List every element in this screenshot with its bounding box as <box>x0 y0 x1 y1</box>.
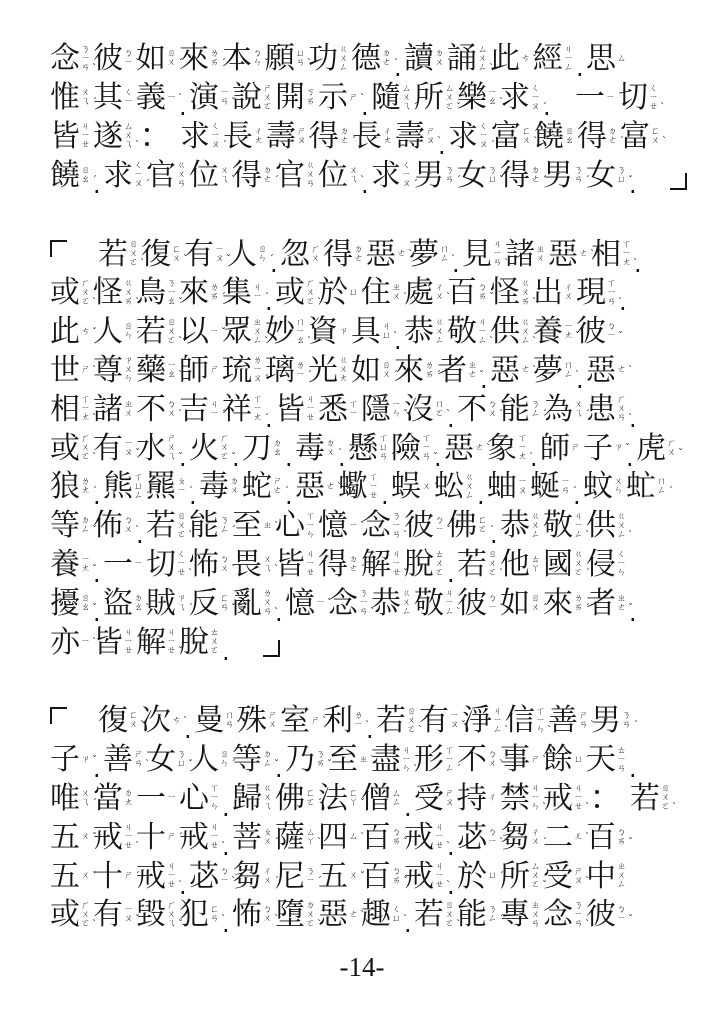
tone-mark: ˋ <box>585 920 590 930</box>
char-unit: 子ㄗˇ <box>50 745 93 775</box>
hanzi: 誦 <box>447 44 477 74</box>
zhuyin: ㄉㄨㄛˋ <box>306 902 317 929</box>
zhuyin-letter: ㄨ <box>172 255 181 264</box>
hanzi: 皆 <box>275 550 305 580</box>
hanzi: 虎 <box>636 434 666 464</box>
zhuyin-letter: ㄣ <box>536 726 545 735</box>
char-unit: 隱ㄧㄣˇ <box>361 395 404 425</box>
zhuyin: ㄐㄧㄝ <box>306 551 317 578</box>
tone-mark: ˊ <box>178 833 183 843</box>
zhuyin: ㄒㄧㄣ <box>210 785 221 812</box>
tone-mark: ˋ <box>231 176 236 186</box>
zhuyin-letter: ㄣ <box>614 487 623 496</box>
zhuyin: ㄋㄧㄢˋ <box>359 590 370 617</box>
zhuyin-letter: ㄤ <box>564 332 573 341</box>
hanzi: 女 <box>146 745 176 775</box>
char-unit: 戒ㄐㄧㄝˋ <box>543 784 586 814</box>
zhuyin: ㄙㄚˋ <box>306 829 317 847</box>
hanzi: 富 <box>620 122 650 152</box>
hanzi: 有 <box>93 900 123 930</box>
hanzi: 佛 <box>275 784 305 814</box>
hanzi: 演 <box>189 83 219 113</box>
char-unit: 至ㄓˋ <box>232 511 275 541</box>
hanzi: 國 <box>543 550 573 580</box>
hanzi: 不 <box>457 745 487 775</box>
text-line: 惟ㄨㄟˊ其ㄑㄧˊ義ㄧˋ.演ㄧㄢˇ說ㄕㄨㄛ開ㄎㄞ示ㄕˋ.隨ㄙㄨㄟˊ所ㄙㄨㄛˇ樂ㄧㄠ… <box>50 79 690 118</box>
tone-mark: ˋ <box>489 64 494 74</box>
tone-mark: ˋ <box>446 881 451 891</box>
char-unit: 此ㄘˇ <box>50 317 93 347</box>
char-unit: 擾ㄖㄠˇ <box>50 589 93 619</box>
zhuyin-letter: ㄠ <box>81 604 90 613</box>
zhuyin: ㄅㄧˇ <box>617 906 628 924</box>
zhuyin: ㄩㄢˋ <box>296 50 307 68</box>
tone-mark: ˊ <box>365 255 370 265</box>
char-unit: 見ㄐㄧㄢˋ <box>462 240 505 270</box>
char-unit: 事ㄕˋ <box>500 745 543 775</box>
zhuyin-letter: ㄠ <box>81 176 90 185</box>
char-unit: 國ㄍㄨㄛˊ <box>543 550 586 580</box>
tone-mark: ˊ <box>360 565 365 575</box>
hanzi: 吉 <box>179 395 209 425</box>
zhuyin-letter: ㄤ <box>124 799 133 808</box>
zhuyin: ㄈㄨˋ <box>651 128 662 146</box>
char-unit: 持ㄔˊ <box>457 784 500 814</box>
zhuyin: ㄍㄨㄟ <box>263 785 274 812</box>
zhuyin: ㄏㄨㄢˋ <box>617 396 628 423</box>
tone-mark: ˊ <box>394 137 399 147</box>
char-unit: 彼ㄅㄧˇ <box>586 900 629 930</box>
char-unit: 等ㄉㄥˇ <box>50 511 93 541</box>
tone-mark: ˇ <box>178 920 183 930</box>
zhuyin-letter: ㄧ <box>253 293 262 302</box>
zhuyin: ㄍㄨㄤ <box>339 357 350 384</box>
tone-mark: ˋ <box>533 137 538 147</box>
tone-mark: ˋ <box>236 721 241 731</box>
tone-mark: ˋ <box>317 838 322 848</box>
zhuyin: ㄓㄨㄥ <box>617 863 628 890</box>
hanzi: 現 <box>576 278 606 308</box>
zhuyin: ㄌㄤˊ <box>81 478 92 496</box>
zhuyin-letter: ㄛ <box>220 453 229 462</box>
zhuyin: ㄒㄧㄤˋ <box>622 241 633 268</box>
zhuyin: ㄒㄧㄢˇ <box>422 435 433 462</box>
char-unit: 遂ㄙㄨㄟˋ <box>93 122 136 152</box>
zhuyin-letter: ㄥ <box>531 531 540 540</box>
hanzi: 墮 <box>275 900 305 930</box>
tone-mark: ˇ <box>678 449 683 459</box>
tone-mark: ˇ <box>231 453 236 463</box>
tone-mark: ˊ <box>499 915 504 925</box>
zhuyin: ㄐㄧˊ <box>210 401 221 419</box>
tone-mark: ˊ <box>436 371 441 381</box>
hanzi: 讀 <box>404 44 434 74</box>
tone-mark: ˊ <box>145 492 150 502</box>
hanzi: 脫 <box>404 550 434 580</box>
hanzi: 壽 <box>395 122 425 152</box>
char-unit: 思ㄙ <box>586 44 629 74</box>
zhuyin-letter: ㄙ <box>617 55 626 64</box>
text-line: 五ㄨˇ戒ㄐㄧㄝˋ十ㄕˊ戒ㄐㄧㄝˋ.菩ㄆㄨˊ薩ㄙㄚˋ四ㄙˋ百ㄅㄞˇ戒ㄐㄧㄝˋ.苾ㄅ… <box>50 818 690 857</box>
zhuyin: ㄧㄤˇ <box>81 556 92 574</box>
tone-mark: ˇ <box>618 332 623 342</box>
zhuyin-letter: ㄧ <box>167 94 176 103</box>
hanzi: 女 <box>457 161 487 191</box>
char-unit: 惡ㄜˋ <box>586 356 629 386</box>
char-unit: 百ㄅㄞˇ <box>361 862 404 892</box>
zhuyin: ㄒㄧ <box>349 401 360 419</box>
hanzi: 恭 <box>371 589 401 619</box>
zhuyin-letter: ㄕ <box>571 444 580 453</box>
period: . <box>404 801 414 815</box>
tone-mark: ˊ <box>264 293 269 303</box>
char-unit: 中ㄓㄨㄥ <box>586 862 629 892</box>
tone-mark: ˋ <box>532 337 537 347</box>
zhuyin-letter: ㄢ <box>210 915 219 924</box>
zhuyin: ㄐㄧㄢˋ <box>493 241 504 268</box>
tone-mark: ˇ <box>433 453 438 463</box>
zhuyin-letter: ㄛ <box>488 569 497 578</box>
char-unit: 苾ㄅㄧˋ <box>457 823 500 853</box>
char-unit: 怖ㄅㄨˋ <box>189 550 232 580</box>
char-unit: 天ㄊㄧㄢ <box>586 745 629 775</box>
char-unit: 心ㄒㄧㄣ <box>179 784 222 814</box>
char-unit: 犯ㄈㄢˋ <box>179 900 222 930</box>
zhuyin-letter: ㄥ <box>564 64 573 73</box>
hanzi: 盜 <box>103 589 133 619</box>
tone-mark: ˊ <box>337 449 342 459</box>
hanzi: 戒 <box>93 823 123 853</box>
zhuyin-letter: ㄣ <box>220 760 229 769</box>
hanzi: 沒 <box>404 395 434 425</box>
hanzi: 求 <box>103 161 133 191</box>
hanzi: 有 <box>184 240 214 270</box>
zhuyin: ㄉㄜˊ <box>340 128 351 146</box>
char-unit: 若ㄖㄨㄛˋ <box>136 317 179 347</box>
zhuyin: ㄉㄜˊ <box>608 128 619 146</box>
tone-mark: ˋ <box>547 726 552 736</box>
zhuyin-letter: ㄜ <box>475 444 484 453</box>
zhuyin-letter: ㄧ <box>349 410 358 419</box>
zhuyin-letter: ㄩ <box>349 289 358 298</box>
zhuyin: ㄖㄨㄛˋ <box>177 513 188 540</box>
char-unit: 人ㄖㄣˊ <box>227 240 270 270</box>
tone-mark: ˇ <box>575 332 580 342</box>
zhuyin-letter: ㄙ <box>349 833 358 842</box>
char-unit: 眾ㄓㄨㄥˋ <box>222 317 265 347</box>
char-unit: 利ㄌㄧˋ <box>323 706 366 736</box>
zhuyin: ㄕˊ <box>124 872 135 881</box>
char-unit: 虎ㄏㄨˇ <box>636 434 679 464</box>
zhuyin-letter: ㄡ <box>531 103 540 112</box>
char-unit: 示ㄕˋ <box>318 83 361 113</box>
zhuyin: ㄩˊ <box>574 756 585 765</box>
char-unit: 諸ㄓㄨ <box>93 395 136 425</box>
zhuyin: ㄐㄧㄣˋ <box>531 785 542 812</box>
page-number: -14- <box>0 952 724 983</box>
zhuyin: ㄧˋ <box>167 94 178 103</box>
char-unit: 敬ㄐㄧㄥˋ <box>414 589 457 619</box>
zhuyin-letter: ㄡ <box>211 141 220 150</box>
zhuyin-letter: ㄧ <box>210 410 219 419</box>
char-unit: 患ㄏㄨㄢˋ <box>586 395 629 425</box>
zhuyin-letter: ㄩ <box>382 332 391 341</box>
zhuyin: ㄘˇ <box>521 55 532 64</box>
zhuyin: ㄘˇ <box>81 328 92 337</box>
zhuyin: ㄅㄧˋ <box>488 829 499 847</box>
zhuyin-letter: ㄨ <box>488 760 497 769</box>
char-unit: 諸ㄓㄨ <box>505 240 548 270</box>
char-unit: 男ㄋㄢˊ <box>414 161 457 191</box>
char-unit: 能ㄋㄥˊ <box>500 395 543 425</box>
hanzi: 如 <box>351 356 381 386</box>
char-unit: 養ㄧㄤˇ <box>533 317 576 347</box>
hanzi: 其 <box>93 83 123 113</box>
tone-mark: ˋ <box>504 259 509 269</box>
zhuyin-letter: ㄢ <box>392 531 401 540</box>
char-unit: 以ㄧˇ <box>179 317 222 347</box>
zhuyin-letter: ㄛ <box>306 298 315 307</box>
zhuyin: ㄌㄞˊ <box>210 284 221 302</box>
zhuyin-letter: ㄚ <box>349 799 358 808</box>
zhuyin: ㄅㄨˋ <box>220 556 231 574</box>
char-unit: 皆ㄐㄧㄝ <box>275 550 318 580</box>
zhuyin: ㄕˋ <box>311 717 322 726</box>
text-line: 相ㄒㄧㄤˋ諸ㄓㄨ不ㄅㄨˋ吉ㄐㄧˊ祥ㄒㄧㄤˊ.皆ㄐㄧㄝ悉ㄒㄧ隱ㄧㄣˇ沒ㄇㄛˋ.不ㄅ… <box>50 390 690 429</box>
char-unit: 等ㄉㄥˇ <box>232 745 275 775</box>
char-unit: 佛ㄈㄛˊ <box>447 511 490 541</box>
zhuyin-letter: ㄧ <box>349 522 358 531</box>
period: . <box>381 489 391 503</box>
char-unit: 復ㄈㄨˋ <box>98 706 141 736</box>
hanzi: 來 <box>543 589 573 619</box>
zhuyin: ㄋㄩˇ <box>177 751 188 769</box>
char-unit: 淨ㄐㄧㄥˋ <box>462 706 505 736</box>
hanzi: 子 <box>50 745 80 775</box>
zhuyin-letter: ㄟ <box>263 565 272 574</box>
zhuyin: ㄧˋ <box>81 638 92 647</box>
zhuyin: ㄕ <box>571 444 582 453</box>
hanzi: 受 <box>414 784 444 814</box>
zhuyin-letter: ㄜ <box>382 59 391 68</box>
char-unit: 戒ㄐㄧㄝˋ <box>404 823 447 853</box>
tone-mark: ˋ <box>403 293 408 303</box>
period: . <box>576 61 586 75</box>
zhuyin: ㄍㄨㄞˋ <box>521 280 532 307</box>
char-unit: 誦ㄙㄨㄥˋ <box>447 44 490 74</box>
char-unit: 險ㄒㄧㄢˇ <box>391 434 434 464</box>
zhuyin-letter: ㄢ <box>561 487 570 496</box>
hanzi: 中 <box>586 862 616 892</box>
hanzi: 曼 <box>194 706 224 736</box>
zhuyin: ㄈㄛˊ <box>478 517 489 535</box>
zhuyin-letter: ㄜ <box>608 137 617 146</box>
zhuyin-letter: ㄝ <box>167 647 176 656</box>
hanzi: 資 <box>308 317 338 347</box>
tone-mark: ˇ <box>92 604 97 614</box>
zhuyin: ㄔㄤˊ <box>383 128 394 146</box>
zhuyin-letter: ㄡ <box>297 137 306 146</box>
char-unit: 功ㄍㄨㄥ <box>308 44 351 74</box>
tone-mark: ˋ <box>532 366 537 376</box>
char-unit: 解ㄐㄧㄝˇ <box>361 550 404 580</box>
zhuyin-letter: ㄨ <box>422 483 431 492</box>
zhuyin: ㄇㄥˋ <box>564 362 575 380</box>
zhuyin: ㄏㄨㄟˇ <box>167 902 178 929</box>
zhuyin: ㄖㄨㄛˋ <box>407 708 418 735</box>
tone-mark: ˋ <box>264 337 269 347</box>
hanzi: 歸 <box>232 784 262 814</box>
hanzi: 敬 <box>414 589 444 619</box>
char-unit: 若ㄖㄨㄛˋ <box>457 550 500 580</box>
tone-mark: ˋ <box>327 599 332 609</box>
zhuyin-letter: ㄣ <box>258 255 267 264</box>
tone-mark: ˇ <box>274 760 279 770</box>
char-unit: 芻ㄔㄨˊ <box>232 862 275 892</box>
tone-mark: ˋ <box>585 531 590 541</box>
zhuyin-letter: ㄞ <box>392 838 401 847</box>
tone-mark: ˇ <box>231 604 236 614</box>
zhuyin-letter: ㄥ <box>445 608 454 617</box>
tone-mark: ˋ <box>183 717 188 727</box>
hanzi: 餘 <box>543 745 573 775</box>
open-quote-bracket <box>50 707 67 724</box>
hanzi: 藥 <box>136 356 166 386</box>
tone-mark: ˇ <box>628 176 633 186</box>
close-quote-bracket <box>263 640 280 657</box>
zhuyin: ㄑㄧㄡˊ <box>479 123 490 150</box>
zhuyin: ㄖㄣˊ <box>124 323 135 341</box>
tone-mark: ˊ <box>221 59 226 69</box>
hanzi: 樂 <box>457 83 487 113</box>
zhuyin-letter: ㄝ <box>435 842 444 851</box>
hanzi: 者 <box>437 356 467 386</box>
tone-mark: ˊ <box>92 799 97 809</box>
tone-mark: ˇ <box>446 526 451 536</box>
zhuyin: ㄒㄧㄣ <box>306 513 317 540</box>
zhuyin: ㄅㄞˇ <box>617 829 628 847</box>
period: . <box>222 801 232 815</box>
char-unit: 一ㄧ <box>575 83 618 113</box>
tone-mark: ˋ <box>628 531 633 541</box>
zhuyin: ㄕㄨㄛ <box>263 85 274 112</box>
tone-mark: ˊ <box>92 98 97 108</box>
char-unit: 師ㄕ <box>540 434 583 464</box>
zhuyin-letter: ㄠ <box>296 337 305 346</box>
hanzi: 佈 <box>93 511 123 541</box>
tone-mark: ˇ <box>135 915 140 925</box>
hanzi: 本 <box>222 44 252 74</box>
tone-mark: ˊ <box>390 453 395 463</box>
hanzi: 若 <box>457 550 487 580</box>
tone-mark: ˋ <box>274 608 279 618</box>
zhuyin: ㄉㄨˊ <box>326 440 337 458</box>
zhuyin-letter: ㄓ <box>263 522 272 531</box>
zhuyin-letter: ㄢ <box>177 180 186 189</box>
hanzi: 懸 <box>348 434 378 464</box>
zhuyin-letter: ㄘ <box>172 717 181 726</box>
char-unit: 二ㄦˋ <box>543 823 586 853</box>
zhuyin: ㄨㄟˊ <box>81 89 92 107</box>
char-unit: 百ㄅㄞˇ <box>447 278 490 308</box>
char-unit: 受ㄕㄡˋ <box>414 784 457 814</box>
zhuyin: ㄍㄨㄥ <box>435 319 446 346</box>
hanzi: 賊 <box>146 589 176 619</box>
zhuyin: ㄧˇ <box>210 328 221 337</box>
text-line: 唯ㄨㄟˊ當ㄉㄤ一ㄧ心ㄒㄧㄣ.歸ㄍㄨㄟ佛ㄈㄛˊ法ㄈㄚˇ僧ㄙㄥ.受ㄕㄡˋ持ㄔˊ禁ㄐㄧ… <box>50 780 690 819</box>
hanzi: 畏 <box>232 550 262 580</box>
char-unit: 養ㄧㄤˇ <box>50 550 93 580</box>
hanzi: 皆 <box>50 122 80 152</box>
zhuyin-letter: ㄜ <box>263 176 272 185</box>
zhuyin-letter: ㄠ <box>167 371 176 380</box>
hanzi: 惟 <box>50 83 80 113</box>
char-unit: 於ㄩˊ <box>318 278 361 308</box>
char-unit: 惡ㄜˋ <box>444 434 487 464</box>
hanzi: 能 <box>457 900 487 930</box>
zhuyin-letter: ㄝ <box>574 803 583 812</box>
zhuyin-letter: ㄜ <box>340 137 349 146</box>
zhuyin: ㄜˋ <box>326 483 337 492</box>
zhuyin-letter: ㄤ <box>81 414 90 423</box>
zhuyin-letter: ㄢ <box>622 721 631 730</box>
char-unit: 毀ㄏㄨㄟˇ <box>136 900 179 930</box>
period: . <box>447 567 457 581</box>
zhuyin: ㄑㄧㄡˊ <box>531 85 542 112</box>
zhuyin-letter: ㄘ <box>81 328 90 337</box>
zhuyin: ㄅㄨˋ <box>263 906 274 924</box>
char-unit: 若ㄖㄨㄛˋ <box>376 706 419 736</box>
zhuyin: ㄗㄨㄣ <box>124 357 135 384</box>
hanzi: 次 <box>141 706 171 736</box>
char-unit: 侵ㄑㄧㄣ <box>586 550 629 580</box>
zhuyin: ㄅㄨˋ <box>488 751 499 769</box>
zhuyin: ㄔㄤˊ <box>254 128 265 146</box>
zhuyin-letter: ㄡ <box>479 141 488 150</box>
tone-mark: ˊ <box>542 410 547 420</box>
zhuyin-letter: ㄧ <box>134 560 143 569</box>
hanzi: 解 <box>361 550 391 580</box>
tone-mark: ˇ <box>403 877 408 887</box>
hanzi: 毒 <box>295 434 325 464</box>
hanzi: 願 <box>265 44 295 74</box>
tone-mark: ˋ <box>633 259 638 269</box>
tone-mark: ˇ <box>625 444 630 454</box>
char-unit: 富ㄈㄨˋ <box>491 122 534 152</box>
zhuyin: ㄧˋ <box>316 599 327 608</box>
zhuyin-letter: ㄝ <box>124 647 133 656</box>
char-unit: 於ㄩˊ <box>457 862 500 892</box>
char-unit: 蚣ㄍㄨㄥ <box>434 472 477 502</box>
char-unit: 來ㄌㄞˊ <box>179 44 222 74</box>
tone-mark: ˊ <box>274 176 279 186</box>
tone-mark: ˋ <box>360 94 365 104</box>
hanzi: 切 <box>146 550 176 580</box>
zhuyin-letter: ㄡ <box>450 721 459 730</box>
zhuyin: ㄐㄧㄝˋ <box>124 824 135 851</box>
hanzi: 蜒 <box>530 472 560 502</box>
zhuyin-letter: ㄧ <box>81 638 90 647</box>
zhuyin: ㄜˋ <box>397 250 408 259</box>
tone-mark: ˋ <box>486 444 491 454</box>
tone-mark: ˊ <box>413 180 418 190</box>
zhuyin: ㄌㄧˋ <box>354 712 365 730</box>
hanzi: 若 <box>98 240 128 270</box>
char-unit: 或ㄏㄨㄛˋ <box>50 900 93 930</box>
zhuyin: ㄉㄜˊ <box>349 556 360 574</box>
zhuyin: ㄈㄨˋ <box>522 128 533 146</box>
hanzi: 殊 <box>237 706 267 736</box>
